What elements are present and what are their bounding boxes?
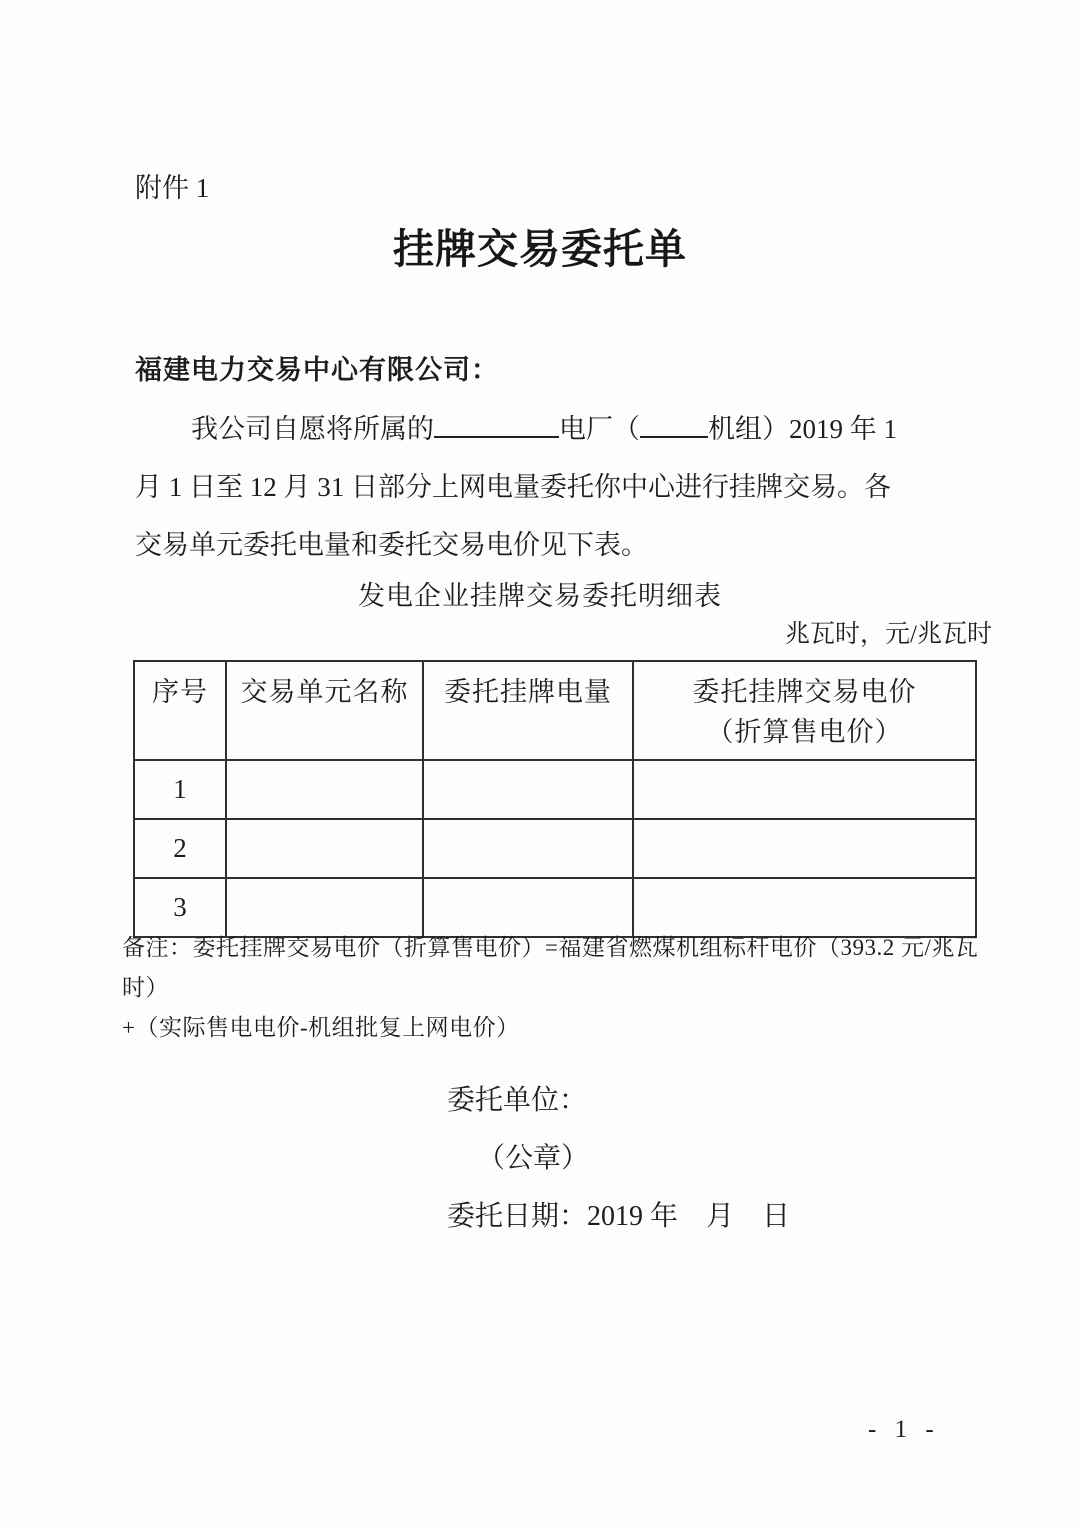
entrusting-unit-label: 委托单位： bbox=[447, 1072, 790, 1130]
document-page: 附件 1 挂牌交易委托单 福建电力交易中心有限公司： 我公司自愿将所属的电厂（机… bbox=[0, 0, 1080, 1528]
price-cell bbox=[633, 760, 976, 819]
table-header-row: 序号 交易单元名称 委托挂牌电量 委托挂牌交易电价 （折算售电价） bbox=[134, 661, 976, 760]
official-seal-label: （公章） bbox=[447, 1130, 790, 1188]
row-number-cell: 1 bbox=[134, 760, 226, 819]
page-title: 挂牌交易委托单 bbox=[0, 216, 1080, 275]
addressee: 福建电力交易中心有限公司： bbox=[135, 348, 499, 387]
commission-table: 序号 交易单元名称 委托挂牌电量 委托挂牌交易电价 （折算售电价） 1 2 bbox=[133, 660, 977, 938]
footnote: 备注：委托挂牌交易电价（折算售电价）=福建省燃煤机组标杆电价（393.2 元/兆… bbox=[122, 928, 1012, 1048]
paragraph-line-1-text-a: 我公司自愿将所属的 bbox=[191, 414, 434, 444]
power-cell bbox=[423, 760, 633, 819]
paragraph-line-3: 交易单元委托电量和委托交易电价见下表。 bbox=[135, 516, 985, 574]
attachment-label: 附件 1 bbox=[135, 166, 209, 205]
footnote-line-2: +（实际售电电价-机组批复上网电价） bbox=[122, 1008, 1012, 1048]
table-row: 2 bbox=[134, 819, 976, 878]
header-entrusted-price-line1: 委托挂牌交易电价 bbox=[635, 672, 974, 712]
fill-in-blank-unit bbox=[640, 410, 708, 438]
paragraph-line-1-text-b: 电厂（ bbox=[559, 414, 640, 444]
header-entrusted-price-line2: （折算售电价） bbox=[635, 712, 974, 752]
row-number-cell: 2 bbox=[134, 819, 226, 878]
fill-in-blank-plant-name bbox=[434, 410, 559, 438]
table-units-label: 兆瓦时，元/兆瓦时 bbox=[785, 614, 992, 650]
paragraph-line-1: 我公司自愿将所属的电厂（机组）2019 年 1 bbox=[135, 400, 985, 458]
entrustment-date-line: 委托日期：2019 年 月 日 bbox=[447, 1188, 790, 1246]
signature-block: 委托单位： （公章） 委托日期：2019 年 月 日 bbox=[447, 1072, 790, 1246]
header-serial-number: 序号 bbox=[134, 661, 226, 760]
table-caption: 发电企业挂牌交易委托明细表 bbox=[0, 574, 1080, 613]
body-paragraph: 我公司自愿将所属的电厂（机组）2019 年 1 月 1 日至 12 月 31 日… bbox=[135, 400, 985, 574]
page-number: - 1 - bbox=[868, 1416, 940, 1444]
price-cell bbox=[633, 819, 976, 878]
header-entrusted-price: 委托挂牌交易电价 （折算售电价） bbox=[633, 661, 976, 760]
paragraph-line-2: 月 1 日至 12 月 31 日部分上网电量委托你中心进行挂牌交易。各 bbox=[135, 458, 985, 516]
unit-name-cell bbox=[226, 760, 423, 819]
header-entrusted-power: 委托挂牌电量 bbox=[423, 661, 633, 760]
paragraph-line-1-text-c: 机组）2019 年 1 bbox=[708, 414, 897, 444]
table-row: 1 bbox=[134, 760, 976, 819]
header-trading-unit-name: 交易单元名称 bbox=[226, 661, 423, 760]
power-cell bbox=[423, 819, 633, 878]
unit-name-cell bbox=[226, 819, 423, 878]
footnote-line-1: 备注：委托挂牌交易电价（折算售电价）=福建省燃煤机组标杆电价（393.2 元/兆… bbox=[122, 928, 1012, 1008]
